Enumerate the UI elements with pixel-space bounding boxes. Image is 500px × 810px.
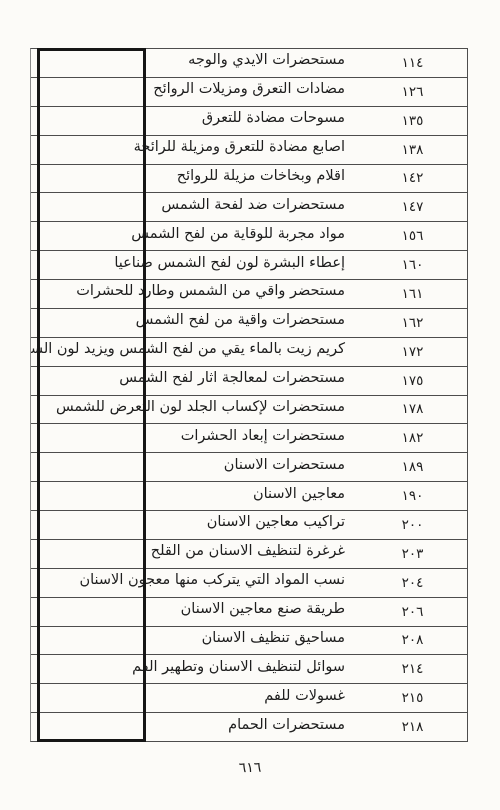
- toc-entry-page-number: ١٤٧: [353, 199, 467, 215]
- toc-entry-page-number: ١٦٢: [353, 315, 467, 331]
- toc-entry-page-number: ١٨٢: [353, 430, 467, 446]
- page-number: ٦١٦: [0, 753, 500, 782]
- toc-entry-title: مستحضرات الأسنان: [31, 458, 353, 477]
- toc-entry-title: غرغرة لتنظيف الأسنان من القلح: [31, 544, 353, 563]
- toc-entry-title: مستحضرات لمعالجة آثار لفح الشمس: [31, 371, 353, 390]
- toc-row: مستحضرات لإكساب الجلد لون التعرض للشمس ١…: [31, 396, 467, 425]
- toc-entry-page-number: ٢١٤: [353, 661, 467, 677]
- toc-row: أقلام وبخاخات مزيلة للروائح ١٤٢: [31, 165, 467, 194]
- toc-entry-page-number: ١١٤: [353, 55, 467, 71]
- toc-row: مضادات التعرق ومزيلات الروائح ١٢٦: [31, 78, 467, 107]
- toc-entry-page-number: ٢٠٦: [353, 604, 467, 620]
- toc-row: مستحضرات إبعاد الحشرات ١٨٢: [31, 424, 467, 453]
- toc-entry-page-number: ١٦٠: [353, 257, 467, 273]
- toc-row: معاجين الأسنان ١٩٠: [31, 482, 467, 511]
- toc-row: أصابع مضادة للتعرق ومزيلة للرائحة ١٣٨: [31, 136, 467, 165]
- toc-entry-page-number: ١٧٢: [353, 344, 467, 360]
- toc-row: إعطاء البشرة لون لفح الشمس صناعياً ١٦٠: [31, 251, 467, 280]
- toc-row: غرغرة لتنظيف الأسنان من القلح ٢٠٣: [31, 540, 467, 569]
- toc-entry-title: مضادات التعرق ومزيلات الروائح: [31, 82, 353, 101]
- toc-row: نسب المواد التي يتركب منها معجون الأسنان…: [31, 569, 467, 598]
- toc-entry-title: سوائل لتنظيف الأسنان وتطهير الفم: [31, 660, 353, 679]
- toc-row: مستحضرات الحمام ٢١٨: [31, 713, 467, 741]
- toc-entry-title: مستحضر واقي من الشمس وطارد للحشرات: [31, 284, 353, 303]
- toc-row: سوائل لتنظيف الأسنان وتطهير الفم ٢١٤: [31, 655, 467, 684]
- toc-entry-page-number: ١٣٨: [353, 142, 467, 158]
- toc-row: تراكيب معاجين الأسنان ٢٠٠: [31, 511, 467, 540]
- toc-entry-title: مستحضرات ضد لفحة الشمس: [31, 198, 353, 217]
- toc-row: مستحضرات الأسنان ١٨٩: [31, 453, 467, 482]
- toc-entry-title: مستحضرات واقية من لفح الشمس: [31, 313, 353, 332]
- toc-entry-title: مستحضرات لإكساب الجلد لون التعرض للشمس: [31, 400, 353, 419]
- toc-entry-title: أقلام وبخاخات مزيلة للروائح: [31, 169, 353, 188]
- toc-entry-title: كريم زيت بالماء يقي من لفح الشمس ويزيد ل…: [31, 342, 353, 361]
- toc-entry-page-number: ١٢٦: [353, 84, 467, 100]
- toc-entry-title: مستحضرات الحمام: [31, 718, 353, 737]
- toc-row: مستحضرات واقية من لفح الشمس ١٦٢: [31, 309, 467, 338]
- toc-entry-page-number: ٢٠٠: [353, 517, 467, 533]
- toc-entry-title: تراكيب معاجين الأسنان: [31, 515, 353, 534]
- toc-entry-title: طريقة صنع معاجين الأسنان: [31, 602, 353, 621]
- toc-row: مساحيق تنظيف الأسنان ٢٠٨: [31, 627, 467, 656]
- toc-entry-title: إعطاء البشرة لون لفح الشمس صناعياً: [31, 256, 353, 275]
- toc-entry-title: معاجين الأسنان: [31, 487, 353, 506]
- toc-row: غسولات للفم ٢١٥: [31, 684, 467, 713]
- toc-row: مواد مجربة للوقاية من لفح الشمس ١٥٦: [31, 222, 467, 251]
- toc-entry-page-number: ١٧٥: [353, 373, 467, 389]
- toc-entry-page-number: ١٧٨: [353, 401, 467, 417]
- toc-row: مستحضر واقي من الشمس وطارد للحشرات ١٦١: [31, 280, 467, 309]
- toc-entry-title: أصابع مضادة للتعرق ومزيلة للرائحة: [31, 140, 353, 159]
- toc-entry-page-number: ١٨٩: [353, 459, 467, 475]
- toc-row: مسوحات مضادة للتعرق ١٣٥: [31, 107, 467, 136]
- toc-entry-page-number: ١٥٦: [353, 228, 467, 244]
- toc-entry-title: نسب المواد التي يتركب منها معجون الأسنان: [31, 573, 353, 592]
- toc-entry-title: مساحيق تنظيف الأسنان: [31, 631, 353, 650]
- toc-entry-page-number: ١٩٠: [353, 488, 467, 504]
- toc-entry-page-number: ٢١٨: [353, 719, 467, 735]
- toc-entry-title: غسولات للفم: [31, 689, 353, 708]
- toc-row: مستحضرات لمعالجة آثار لفح الشمس ١٧٥: [31, 367, 467, 396]
- toc-entry-page-number: ٢٠٨: [353, 632, 467, 648]
- toc-row: مستحضرات الأيدي والوجه ١١٤: [31, 49, 467, 78]
- toc-entry-page-number: ١٣٥: [353, 113, 467, 129]
- toc-table: مستحضرات الأيدي والوجه ١١٤ مضادات التعرق…: [30, 48, 468, 742]
- toc-entry-page-number: ٢٠٤: [353, 575, 467, 591]
- toc-entry-page-number: ١٦١: [353, 286, 467, 302]
- toc-entry-title: مسوحات مضادة للتعرق: [31, 111, 353, 130]
- toc-row: طريقة صنع معاجين الأسنان ٢٠٦: [31, 598, 467, 627]
- toc-row: مستحضرات ضد لفحة الشمس ١٤٧: [31, 193, 467, 222]
- toc-entry-page-number: ٢٠٣: [353, 546, 467, 562]
- toc-entry-page-number: ١٤٢: [353, 170, 467, 186]
- toc-entry-title: مستحضرات إبعاد الحشرات: [31, 429, 353, 448]
- scanned-book-page: { "page": { "folio": "٦١٦", "language": …: [0, 0, 500, 810]
- toc-entry-title: مواد مجربة للوقاية من لفح الشمس: [31, 227, 353, 246]
- toc-entry-title: مستحضرات الأيدي والوجه: [31, 53, 353, 72]
- toc-entry-page-number: ٢١٥: [353, 690, 467, 706]
- toc-row: كريم زيت بالماء يقي من لفح الشمس ويزيد ل…: [31, 338, 467, 367]
